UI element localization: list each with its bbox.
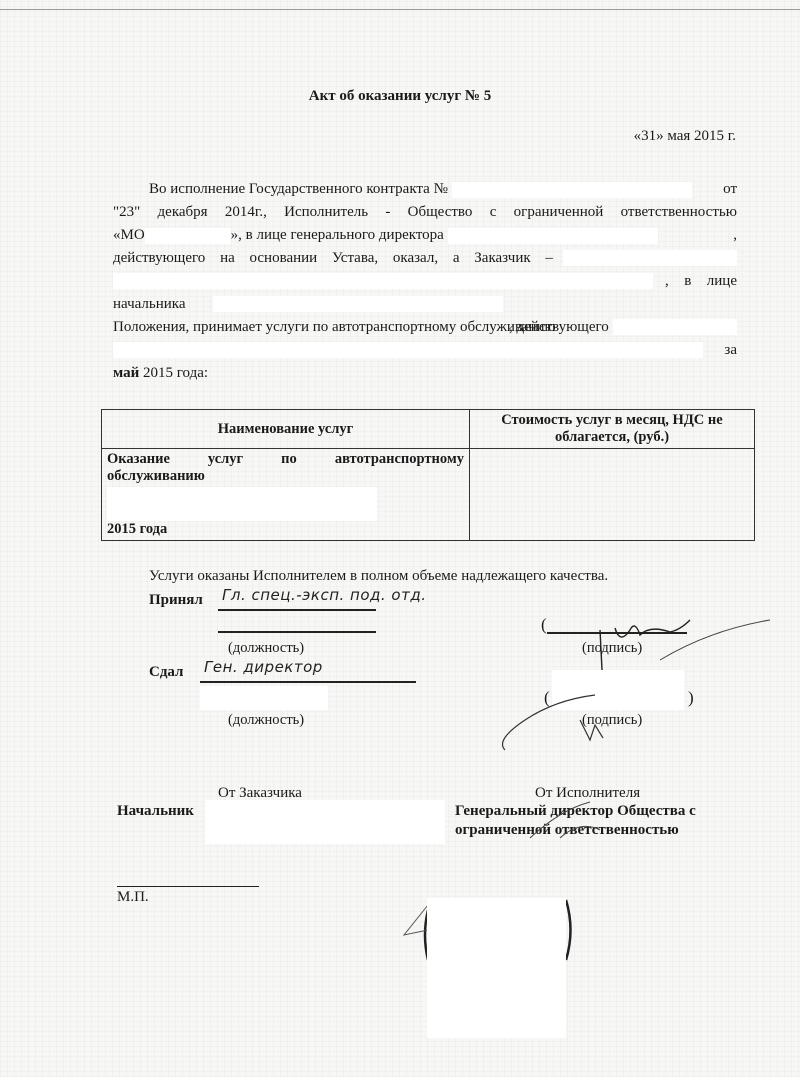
period-month: май (113, 365, 139, 381)
word: декабря (158, 201, 208, 224)
redacted-handed-name (200, 686, 328, 710)
redacted-chief-name (213, 296, 503, 312)
director-text: », в лице генерального директора (231, 227, 444, 243)
word: Оказание (107, 451, 170, 468)
redacted-customer-signatory (205, 800, 445, 844)
word: начальника (113, 296, 186, 312)
service-line-3: 2015 года (107, 521, 464, 538)
customer-title: Начальник (117, 803, 194, 820)
completion-statement: Услуги оказаны Исполнителем в полном объ… (149, 568, 608, 585)
redacted-seal (427, 898, 566, 1038)
word: Заказчик (474, 247, 530, 270)
intro-line-9: май 2015 года: (113, 362, 208, 385)
word: основании (250, 247, 318, 270)
intro-line-7: Положения, принимает услуги по автотранс… (113, 316, 737, 339)
scan-edge-line (0, 9, 800, 10)
document-title: Акт об оказании услуг № 5 (0, 88, 800, 105)
accepted-position-line-2 (218, 631, 376, 633)
word: в (684, 270, 691, 293)
accepted-signature-scribble (540, 600, 770, 680)
word: - (385, 201, 390, 224)
word: ограниченной (514, 201, 604, 224)
table-row: Оказание услуг по автотранспортному обсл… (102, 449, 755, 541)
service-name-cell: Оказание услуг по автотранспортному обсл… (102, 449, 470, 541)
intro-line-6: начальника , действующего на основании (113, 293, 737, 316)
accepted-label: Принял (149, 592, 203, 609)
period-year: 2015 года: (139, 365, 208, 381)
company-name-start: «МО (113, 227, 145, 243)
handed-label: Сдал (149, 664, 183, 681)
intro-line-4: действующего на основании Устава, оказал… (113, 247, 737, 270)
comma: , (733, 224, 737, 247)
redacted-customer-name-cont (113, 273, 653, 289)
table-header-row: Наименование услуг Стоимость услуг в мес… (102, 410, 755, 449)
customer-stamp-label: М.П. (117, 889, 149, 906)
word: услуг (208, 451, 243, 468)
word: за (724, 339, 737, 362)
redacted-customer-name (563, 250, 737, 266)
word: действующего (113, 247, 205, 270)
redacted-director-name (448, 228, 658, 244)
service-line-1: Оказание услуг по автотранспортному (107, 451, 464, 468)
word: автотранспортному (335, 451, 464, 468)
redacted-company-name (145, 228, 231, 244)
word: ответственностью (621, 201, 737, 224)
handed-position-line (200, 681, 416, 683)
word: оказал, (393, 247, 438, 270)
contractor-signature-stroke (520, 800, 620, 840)
word: – (545, 247, 553, 270)
header-service-name: Наименование услуг (102, 410, 470, 449)
word: с (490, 201, 497, 224)
intro-line-1: Во исполнение Государственного контракта… (149, 178, 737, 201)
scanned-document-page: Акт об оказании услуг № 5 «31» мая 2015 … (0, 0, 800, 1077)
services-table: Наименование услуг Стоимость услуг в мес… (101, 409, 755, 541)
word: Исполнитель (284, 201, 368, 224)
handed-handwritten-position: Ген. директор (204, 658, 323, 676)
service-cost-cell (470, 449, 755, 541)
from-word: от (723, 178, 737, 201)
word: а (453, 247, 460, 270)
word: лице (707, 270, 737, 293)
customer-signature-line (117, 886, 259, 887)
handed-signature-scribble (495, 690, 695, 760)
word: Устава, (332, 247, 378, 270)
word: , (665, 270, 669, 293)
word: Общество (408, 201, 473, 224)
intro-line-3: «МО», в лице генерального директора , (113, 224, 737, 247)
accepted-handwritten-position: Гл. спец.-эксп. под. отд. (222, 586, 426, 604)
redacted-service-details (107, 487, 377, 521)
handed-position-caption: (должность) (228, 712, 304, 729)
header-monthly-cost: Стоимость услуг в месяц, НДС не облагает… (470, 410, 755, 449)
accepted-position-caption: (должность) (228, 640, 304, 657)
accepted-position-line (218, 609, 376, 611)
redacted-object-name-cont (113, 342, 703, 358)
services-text: Положения, принимает услуги по автотранс… (113, 319, 556, 335)
service-line-2: обслуживанию (107, 468, 464, 485)
redacted-object-name (613, 319, 737, 335)
word: "23" (113, 201, 140, 224)
contract-reference-text: Во исполнение Государственного контракта… (149, 181, 448, 197)
document-date: «31» мая 2015 г. (634, 128, 736, 145)
word: 2014г., (225, 201, 267, 224)
word: по (281, 451, 297, 468)
redacted-contract-number (452, 182, 692, 198)
intro-line-2: "23" декабря 2014г., Исполнитель - Общес… (113, 201, 737, 224)
word: на (220, 247, 235, 270)
